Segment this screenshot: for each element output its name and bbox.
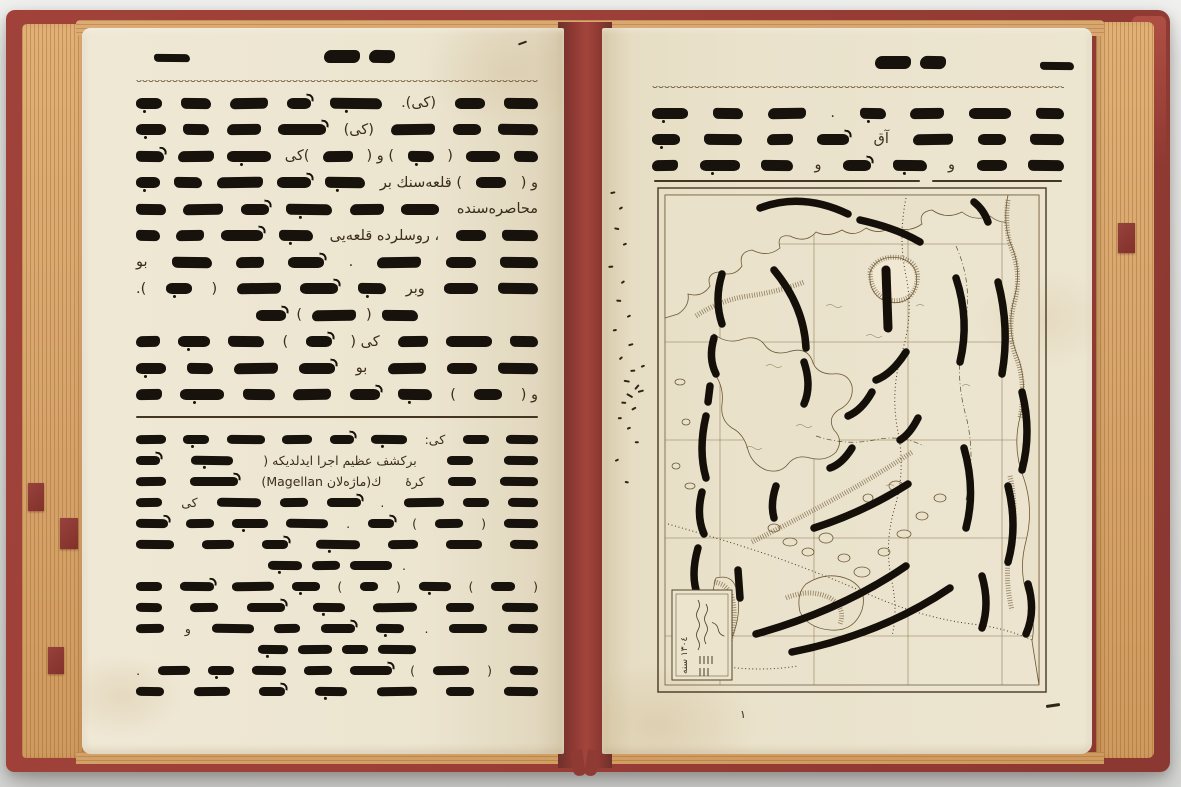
ink-speck [615, 458, 619, 461]
redaction-blob [136, 98, 162, 109]
redaction-blob [259, 687, 285, 696]
redaction-blob [208, 666, 234, 675]
text-fragment: ( [533, 579, 538, 594]
left-page: (كى).(كى)() و ()كىو () قلعه‌سنك برمحاصره… [82, 28, 564, 754]
redaction-blob [174, 177, 202, 188]
redacted-text-line: ()() [136, 576, 538, 597]
redaction-blob [191, 456, 233, 466]
redaction-blob [391, 124, 435, 136]
redaction-blob [388, 362, 426, 374]
text-fragment: ( [447, 148, 453, 164]
redaction-blob [404, 498, 444, 508]
redaction-blob [463, 498, 489, 507]
redaction-blob [136, 151, 164, 162]
redaction-blob [258, 645, 288, 654]
text-fragment: (كى). [401, 95, 436, 111]
redacted-text-line: و () [136, 382, 538, 409]
ink-speck [616, 299, 621, 301]
text-fragment: و [185, 621, 191, 636]
redaction-blob [136, 498, 162, 507]
redaction-blob [313, 603, 345, 612]
redaction-blob [358, 283, 386, 294]
redaction-blob [446, 540, 482, 549]
ink-speck [619, 356, 623, 360]
redaction-blob [377, 687, 417, 697]
running-head-redacted [704, 50, 1116, 74]
redaction-blob [217, 177, 263, 189]
section-divider-rule [136, 416, 538, 418]
redaction-blob [767, 107, 805, 119]
redaction-blob [969, 108, 1011, 119]
redacted-text-line: .و [136, 618, 538, 639]
bookmark-tab [28, 483, 44, 511]
redaction-blob [312, 561, 340, 570]
redaction-blob [136, 519, 168, 528]
text-fragment: ( [366, 307, 372, 323]
redacted-text-line: محاصره‌سنده [136, 196, 538, 223]
redacted-text-line [136, 534, 538, 555]
text-fragment: ) [450, 387, 456, 403]
redaction-blob [476, 177, 506, 188]
ink-speck [608, 265, 613, 267]
redaction-blob [398, 389, 432, 400]
redaction-blob [241, 204, 269, 215]
redaction-blob [292, 582, 320, 591]
redaction-blob [504, 456, 538, 465]
redaction-blob [447, 363, 477, 374]
redaction-blob [388, 540, 418, 549]
redaction-blob [892, 159, 926, 170]
text-fragment: . [349, 254, 354, 270]
redacted-text-line: ، روسلرده قلعه‌یی [136, 223, 538, 250]
redaction-blob [312, 309, 356, 321]
header-rule-wavy [652, 86, 1064, 90]
redaction-blob [419, 582, 451, 591]
redacted-text-line: و () قلعه‌سنك بر [136, 170, 538, 197]
redacted-text-line: (). [136, 660, 538, 681]
redaction-blob [453, 124, 481, 135]
redaction-blob [180, 389, 224, 400]
text-fragment: ، روسلرده قلعه‌یی [330, 228, 440, 244]
redaction-blob [268, 561, 302, 570]
redaction-blob [277, 177, 311, 188]
redaction-blob [455, 98, 485, 109]
redaction-blob [228, 336, 264, 347]
redaction-blob [274, 624, 300, 633]
text-fragment: ) و ( [367, 148, 395, 164]
redaction-blob [377, 256, 421, 268]
redaction-blob [183, 435, 209, 444]
ink-speck [638, 389, 644, 392]
text-fragment: ( [212, 281, 218, 297]
redaction-blob [299, 363, 335, 374]
redaction-blob [342, 645, 368, 654]
redaction-blob [136, 124, 166, 135]
text-fragment: ك(ماژه‌لان Magellan) [261, 474, 381, 489]
redaction-blob [286, 203, 332, 215]
redaction-blob [187, 363, 213, 374]
redacted-text-line: .كى [136, 492, 538, 513]
redaction-blob [232, 519, 268, 528]
redaction-blob [398, 336, 428, 347]
text-fragment: و [815, 157, 822, 173]
redaction-blob [704, 133, 742, 144]
redaction-blob [350, 561, 392, 570]
redacted-text-line: . [136, 555, 538, 576]
redacted-text-line: (). [136, 513, 538, 534]
photo-background: (كى).(كى)() و ()كىو () قلعه‌سنك برمحاصره… [0, 0, 1181, 787]
redaction-blob [321, 624, 355, 633]
text-fragment: )كى [285, 148, 310, 164]
redaction-blob [247, 603, 285, 612]
header-rule-wavy [136, 80, 538, 84]
redaction-blob [202, 540, 234, 549]
text-fragment: و ( [521, 175, 538, 191]
redaction-blob [463, 435, 489, 444]
redaction-blob [446, 336, 492, 347]
redaction-blob [514, 151, 538, 162]
redaction-blob [300, 283, 338, 294]
redaction-blob [172, 257, 212, 268]
redaction-blob [136, 456, 160, 465]
redacted-text-line: بو [136, 355, 538, 382]
text-fragment: ) [469, 579, 474, 594]
redacted-text-line [136, 597, 538, 618]
rule-above-map [654, 180, 920, 182]
redacted-text-line: . [652, 100, 1064, 126]
redacted-text-line [158, 44, 560, 68]
redaction-blob [456, 230, 486, 241]
redaction-blob [491, 582, 515, 591]
redacted-text-line [704, 50, 1116, 74]
redaction-blob [510, 666, 538, 675]
redaction-blob [194, 687, 230, 697]
redaction-blob [1030, 133, 1064, 144]
redacted-text-line: () [136, 302, 538, 329]
redaction-blob [498, 283, 538, 294]
redaction-blob [446, 603, 474, 612]
redaction-blob [817, 134, 849, 145]
redacted-text-line [136, 639, 538, 660]
text-fragment: ) [337, 579, 342, 594]
text-fragment: ) [410, 663, 415, 678]
text-fragment: ( [396, 579, 401, 594]
text-fragment: آق [874, 131, 889, 147]
redaction-blob [178, 336, 210, 347]
ink-speck [634, 384, 639, 390]
redaction-blob [166, 283, 192, 294]
rule-above-map [932, 180, 1062, 182]
ink-speck [641, 365, 645, 368]
redaction-blob [323, 151, 353, 162]
redaction-blob [510, 336, 538, 347]
ink-speck [610, 191, 615, 193]
ink-speck [635, 441, 639, 443]
redaction-blob [136, 363, 166, 374]
redaction-blob [498, 363, 538, 374]
redacted-text-line: آق [652, 126, 1064, 152]
redaction-blob [700, 160, 740, 171]
redaction-blob [330, 97, 382, 109]
redacted-text-line: () و ()كى [136, 143, 538, 170]
redaction-blob [448, 477, 476, 486]
redaction-blob [466, 151, 500, 162]
redaction-blob [180, 582, 214, 591]
redaction-blob [256, 310, 286, 321]
redaction-blob [212, 624, 254, 634]
redaction-blob [186, 519, 214, 528]
redaction-blob [500, 257, 538, 268]
redaction-blob [652, 108, 688, 119]
redacted-text-line [136, 681, 538, 702]
redaction-blob [1028, 159, 1064, 170]
text-block-redacted: .آقوو [652, 100, 1064, 178]
text-fragment: . [380, 495, 384, 510]
redaction-blob [236, 257, 264, 268]
text-block-redacted: كى:بركشف عظيم اجرا ايدلدیكه (كرۀك(ماژه‌ل… [136, 429, 538, 702]
redaction-blob [500, 477, 538, 486]
redacted-text-line: كرۀك(ماژه‌لان Magellan) [136, 471, 538, 492]
text-fragment: ) [282, 334, 288, 350]
text-fragment: محاصره‌سنده [457, 201, 538, 217]
redaction-blob [293, 389, 331, 401]
ink-speck [1046, 703, 1060, 708]
redaction-blob [913, 133, 953, 145]
redaction-blob [368, 519, 394, 528]
ink-speck [623, 243, 627, 246]
ink-speck [614, 227, 619, 229]
text-fragment: كرۀ [405, 474, 424, 489]
text-fragment: ). [136, 281, 146, 297]
redaction-blob [282, 435, 312, 444]
redaction-blob [278, 124, 326, 135]
ink-speck [618, 417, 622, 419]
text-fragment: . [346, 516, 350, 531]
redaction-blob [324, 50, 360, 63]
redaction-blob [158, 666, 190, 675]
redaction-blob [713, 107, 743, 118]
redaction-blob [306, 336, 332, 347]
redaction-blob [444, 283, 478, 294]
redacted-text-line: وبر(). [136, 276, 538, 303]
redaction-blob [860, 107, 886, 118]
ink-speck [626, 393, 633, 398]
redaction-blob [230, 97, 268, 109]
text-fragment: و [948, 157, 955, 173]
text-fragment: ( [481, 516, 486, 531]
ink-speck [621, 401, 626, 403]
redaction-blob [433, 666, 469, 676]
redaction-blob [136, 435, 166, 444]
ink-speck [624, 380, 630, 383]
text-fragment: . [830, 105, 835, 121]
redaction-blob [447, 456, 473, 465]
redaction-blob [136, 582, 162, 591]
redaction-blob [761, 159, 793, 170]
ink-speck [630, 369, 635, 371]
redaction-blob [330, 435, 354, 444]
redaction-blob [504, 687, 538, 696]
redaction-blob [227, 124, 261, 135]
text-fragment: ) [412, 516, 417, 531]
redaction-blob [843, 160, 871, 171]
text-fragment: . [402, 558, 406, 573]
redaction-blob [136, 204, 166, 215]
bookmark-tab [48, 647, 64, 674]
redaction-blob [316, 540, 360, 550]
redaction-blob [279, 230, 313, 241]
redaction-blob [360, 582, 378, 591]
redaction-blob [136, 389, 162, 400]
bookmark-tab [1118, 223, 1135, 253]
redaction-blob [136, 477, 166, 486]
legend-year-text: ١٣٠٤ سنه [680, 637, 690, 674]
text-fragment: كى ( [350, 334, 379, 350]
redaction-blob [350, 204, 384, 215]
redaction-blob [508, 498, 538, 507]
redaction-blob [327, 498, 361, 507]
ink-speck [613, 329, 617, 331]
redaction-blob [1036, 107, 1064, 118]
redaction-blob [190, 477, 238, 486]
redaction-blob [875, 56, 911, 69]
text-fragment: ) [296, 307, 302, 323]
redaction-blob [136, 336, 160, 347]
ink-speck [619, 206, 623, 209]
engraved-map: ١٣٠٤ سنه [656, 186, 1048, 694]
fore-edge-right [1096, 22, 1154, 758]
redaction-blob [504, 519, 538, 528]
redaction-blob [378, 645, 416, 654]
spine-cloth-tail [584, 749, 600, 776]
redaction-blob [508, 624, 538, 633]
redacted-text-line: (كى). [136, 90, 538, 117]
redaction-blob [262, 540, 288, 549]
redaction-blob [280, 498, 308, 507]
redaction-blob [178, 150, 214, 162]
redaction-blob [767, 133, 793, 144]
redaction-blob [506, 435, 538, 444]
redaction-blob [652, 134, 680, 145]
redaction-blob [136, 540, 174, 549]
redaction-blob [136, 687, 164, 696]
redaction-blob [449, 624, 487, 633]
redaction-blob [227, 151, 271, 162]
redaction-blob [136, 603, 162, 612]
redaction-blob [350, 389, 380, 400]
redaction-blob [181, 98, 211, 109]
text-fragment: . [425, 621, 429, 636]
redaction-blob [373, 603, 417, 613]
redaction-blob [474, 389, 502, 400]
bookmark-tab [60, 518, 78, 549]
redaction-blob [502, 603, 538, 612]
text-fragment: (كى) [344, 122, 374, 138]
redaction-blob [315, 687, 347, 696]
redaction-blob [243, 389, 275, 400]
text-fragment: كى: [425, 432, 446, 447]
redaction-blob [176, 230, 204, 241]
text-block-redacted: (كى).(كى)() و ()كىو () قلعه‌سنك برمحاصره… [136, 90, 538, 408]
redaction-blob [136, 230, 160, 241]
ink-speck [625, 481, 629, 483]
redaction-blob [350, 666, 392, 675]
ink-speck [627, 427, 631, 430]
redaction-blob [382, 310, 418, 321]
redaction-blob [652, 159, 678, 170]
redaction-blob [919, 55, 945, 68]
redaction-blob [237, 283, 281, 295]
redaction-blob [376, 624, 404, 633]
redaction-blob [136, 624, 164, 633]
text-fragment: و ( [521, 387, 538, 403]
redaction-blob [190, 603, 218, 612]
redacted-text-line: .بو [136, 249, 538, 276]
redaction-blob [221, 230, 263, 241]
redaction-blob [288, 257, 324, 268]
redacted-text-line: وو [652, 152, 1064, 178]
ink-speck [631, 407, 636, 411]
redaction-blob [498, 124, 538, 135]
ink-speck [628, 343, 633, 346]
redaction-blob [183, 203, 223, 215]
redacted-text-line: (كى) [136, 117, 538, 144]
map-legend: ١٣٠٤ سنه [672, 590, 732, 680]
redaction-blob [401, 204, 439, 215]
redaction-blob [502, 230, 538, 241]
text-fragment: ( [487, 663, 492, 678]
redaction-blob [371, 435, 407, 444]
text-fragment: بو [356, 360, 368, 376]
ink-speck [627, 314, 631, 317]
right-page: .آقوو [602, 28, 1092, 754]
redacted-text-line: كى: [136, 429, 538, 450]
redaction-blob [446, 257, 476, 268]
text-fragment: وبر [406, 281, 425, 297]
redaction-blob [232, 582, 274, 592]
redaction-blob [325, 177, 365, 188]
redaction-blob [217, 498, 261, 508]
redaction-blob [368, 49, 394, 62]
redaction-blob [408, 151, 434, 162]
redacted-text-line: كى () [136, 329, 538, 356]
redaction-blob [227, 435, 265, 444]
redaction-blob [978, 134, 1006, 145]
open-book: (كى).(كى)() و ()كىو () قلعه‌سنك برمحاصره… [6, 10, 1170, 772]
redaction-blob [977, 160, 1007, 171]
redaction-blob [252, 666, 286, 675]
text-fragment: بو [136, 254, 148, 270]
redaction-blob [286, 519, 328, 529]
redaction-blob [287, 98, 311, 109]
ink-speck [621, 280, 625, 284]
redaction-blob [136, 177, 160, 188]
text-fragment: كى [181, 495, 197, 510]
redacted-text-line: بركشف عظيم اجرا ايدلدیكه ( [136, 450, 538, 471]
redaction-blob [435, 519, 463, 528]
redaction-blob [304, 666, 332, 675]
signature-mark: ١ [740, 708, 746, 721]
redaction-blob [446, 687, 474, 696]
redaction-blob [910, 107, 944, 118]
redaction-blob [183, 124, 209, 135]
redaction-blob [234, 362, 278, 374]
redaction-blob [504, 98, 538, 109]
redaction-blob [510, 540, 538, 549]
running-head-redacted [158, 44, 560, 68]
text-fragment: . [136, 663, 140, 678]
text-fragment: ) قلعه‌سنك بر [380, 175, 462, 191]
